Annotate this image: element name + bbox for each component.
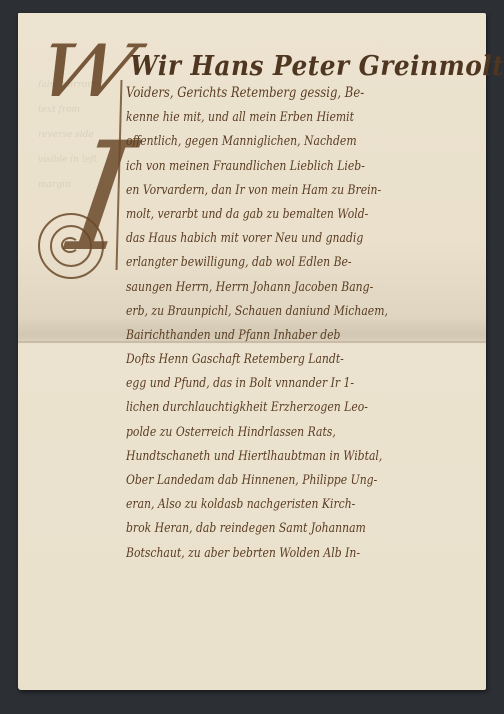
text-line: egg und Pfund, das in Bolt vnnander Ir 1…: [126, 371, 444, 395]
text-line: molt, verarbt und da gab zu bemalten Wol…: [126, 202, 444, 226]
text-line: Hundtschaneth und Hiertlhaubtman in Wibt…: [126, 444, 444, 468]
text-line: brok Heran, dab reindegen Samt Johannam: [126, 516, 444, 540]
text-line: offentlich, gegen Manniglichen, Nachdem: [126, 129, 444, 153]
text-line: Botschaut, zu aber bebrten Wolden Alb In…: [126, 541, 444, 565]
text-line: erb, zu Braunpichl, Schauen daniund Mich…: [126, 299, 444, 323]
text-line: polde zu Osterreich Hindrlassen Rats,: [126, 420, 444, 444]
text-line: Voiders, Gerichts Retemberg gessig, Be-: [126, 81, 444, 105]
manuscript-body: Voiders, Gerichts Retemberg gessig, Be- …: [126, 81, 496, 565]
text-line: Ober Landedam dab Hinnenen, Philippe Ung…: [126, 468, 444, 492]
text-line: lichen durchlauchtigkheit Erzherzogen Le…: [126, 395, 444, 419]
text-line: ich von meinen Fraundlichen Lieblich Lie…: [126, 154, 444, 178]
text-line: saungen Herrn, Herrn Johann Jacoben Bang…: [126, 275, 444, 299]
flourish-spiral-icon: [38, 213, 104, 279]
text-line: Bairichthanden und Pfann Inhaber deb: [126, 323, 444, 347]
text-line: das Haus habich mit vorer Neu und gnadig: [126, 226, 444, 250]
manuscript-page: faint mirrored text from reverse side vi…: [18, 13, 486, 690]
text-line: eran, Also zu koldasb nachgeristen Kirch…: [126, 492, 444, 516]
text-line: Dofts Henn Gaschaft Retemberg Landt-: [126, 347, 444, 371]
text-line: erlangter bewilligung, dab wol Edlen Be-: [126, 250, 444, 274]
heading-line: Wir Hans Peter Greinmolt, Zu: [130, 51, 504, 82]
text-line: en Vorvardern, dan Ir von mein Ham zu Br…: [126, 178, 444, 202]
text-line: kenne hie mit, und all mein Erben Hiemit: [126, 105, 444, 129]
